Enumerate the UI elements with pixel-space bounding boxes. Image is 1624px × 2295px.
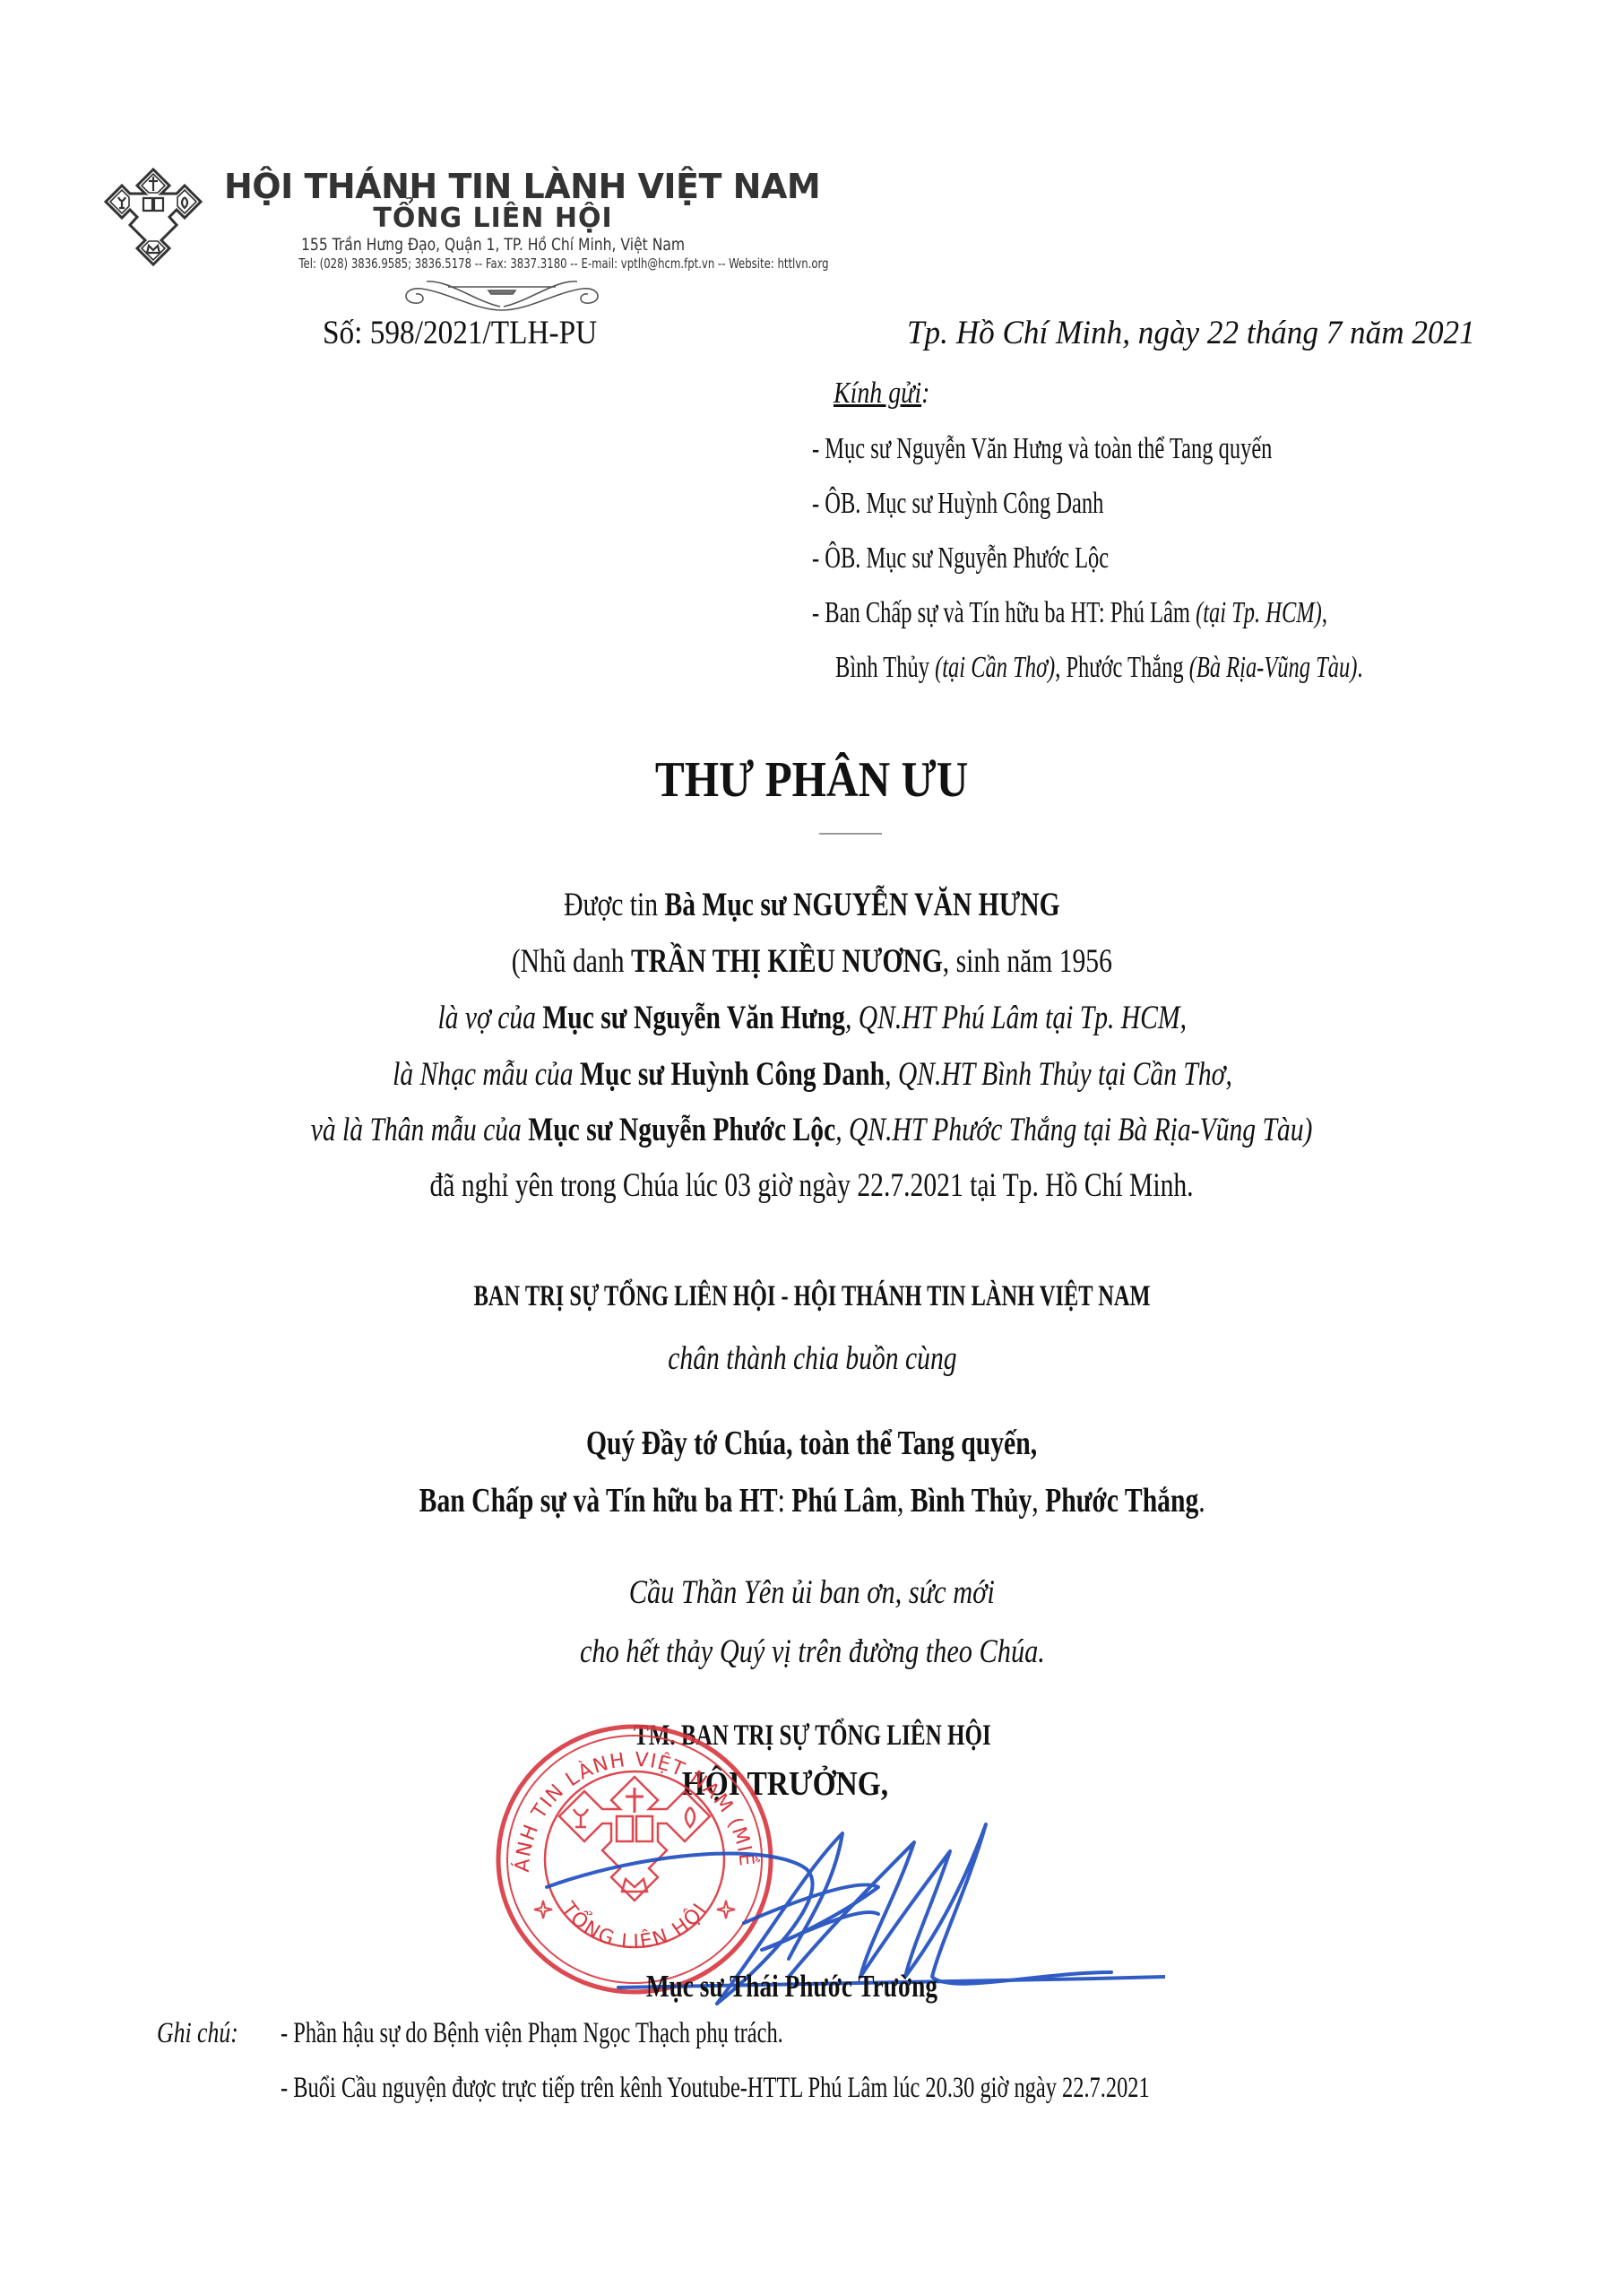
document-number: Số: 598/2021/TLH-PU: [323, 314, 627, 352]
recipient-item: Bình Thủy (tại Cần Thơ), Phước Thắng (Bà…: [835, 651, 1568, 685]
letter-title: THƯ PHÂN ƯU: [0, 751, 1624, 809]
body-line: Được tin Bà Mục sư NGUYỄN VĂN HƯNG: [0, 886, 1624, 924]
decorative-flourish-icon: [394, 274, 609, 316]
title-divider: [819, 833, 882, 835]
body-line: là Nhạc mẫu của Mục sư Huỳnh Công Danh, …: [0, 1055, 1624, 1094]
place-and-date: Tp. Hồ Chí Minh, ngày 22 tháng 7 năm 202…: [907, 314, 1505, 352]
organization-name: HỘI THÁNH TIN LÀNH VIỆT NAM: [224, 167, 820, 206]
recipient-item: - ÔB. Mục sư Huỳnh Công Danh: [812, 487, 1217, 521]
recipient-item: - ÔB. Mục sư Nguyễn Phước Lộc: [812, 541, 1224, 576]
condolence-phrase: chân thành chia buồn cùng: [0, 1339, 1624, 1378]
condolence-recipients-line: Quý Đầy tớ Chúa, toàn thể Tang quyến,: [0, 1424, 1624, 1463]
organization-contact: Tel: (028) 3836.9585; 3836.5178 -- Fax: …: [224, 255, 762, 272]
signature-on-behalf: TM. BAN TRỊ SỰ TỔNG LIÊN HỘI: [0, 1719, 1624, 1753]
note-item: - Buổi Cầu nguyện được trực tiếp trên kê…: [281, 2072, 1455, 2105]
body-line: và là Thân mẫu của Mục sư Nguyễn Phước L…: [0, 1111, 1624, 1149]
organization-subtitle: TỔNG LIÊN HỘI: [224, 203, 762, 234]
recipient-item: - Mục sư Nguyễn Văn Hưng và toàn thể Tan…: [812, 432, 1451, 466]
condolence-recipients-line: Ban Chấp sự và Tín hữu ba HT: Phú Lâm, B…: [0, 1481, 1624, 1520]
notes-label: Ghi chú:: [157, 2017, 261, 2050]
body-line: (Nhũ danh TRẦN THỊ KIỀU NƯƠNG, sinh năm …: [0, 942, 1624, 981]
body-line: đã nghỉ yên trong Chúa lúc 03 giờ ngày 2…: [0, 1166, 1624, 1205]
recipient-item: - Ban Chấp sự và Tín hữu ba HT: Phú Lâm …: [812, 596, 1528, 630]
body-line: là vợ của Mục sư Nguyễn Văn Hưng, QN.HT …: [0, 999, 1624, 1037]
organization-address: 155 Trần Hưng Đạo, Quận 1, TP. Hồ Chí Mi…: [224, 235, 762, 255]
note-item: - Phần hậu sự do Bệnh viện Phạm Ngọc Thạ…: [281, 2017, 960, 2050]
condolence-sender: BAN TRỊ SỰ TỔNG LIÊN HỘI - HỘI THÁNH TIN…: [0, 1280, 1624, 1313]
prayer-line: Cầu Thần Yên ủi ban ơn, sức mới: [0, 1573, 1624, 1612]
signer-name: Mục sư Thái Phước Trường: [0, 1969, 1624, 2005]
prayer-line: cho hết thảy Quý vị trên đường theo Chúa…: [0, 1632, 1624, 1671]
church-emblem-icon: [103, 167, 203, 267]
recipients-label: Kính gửi:: [834, 377, 951, 411]
